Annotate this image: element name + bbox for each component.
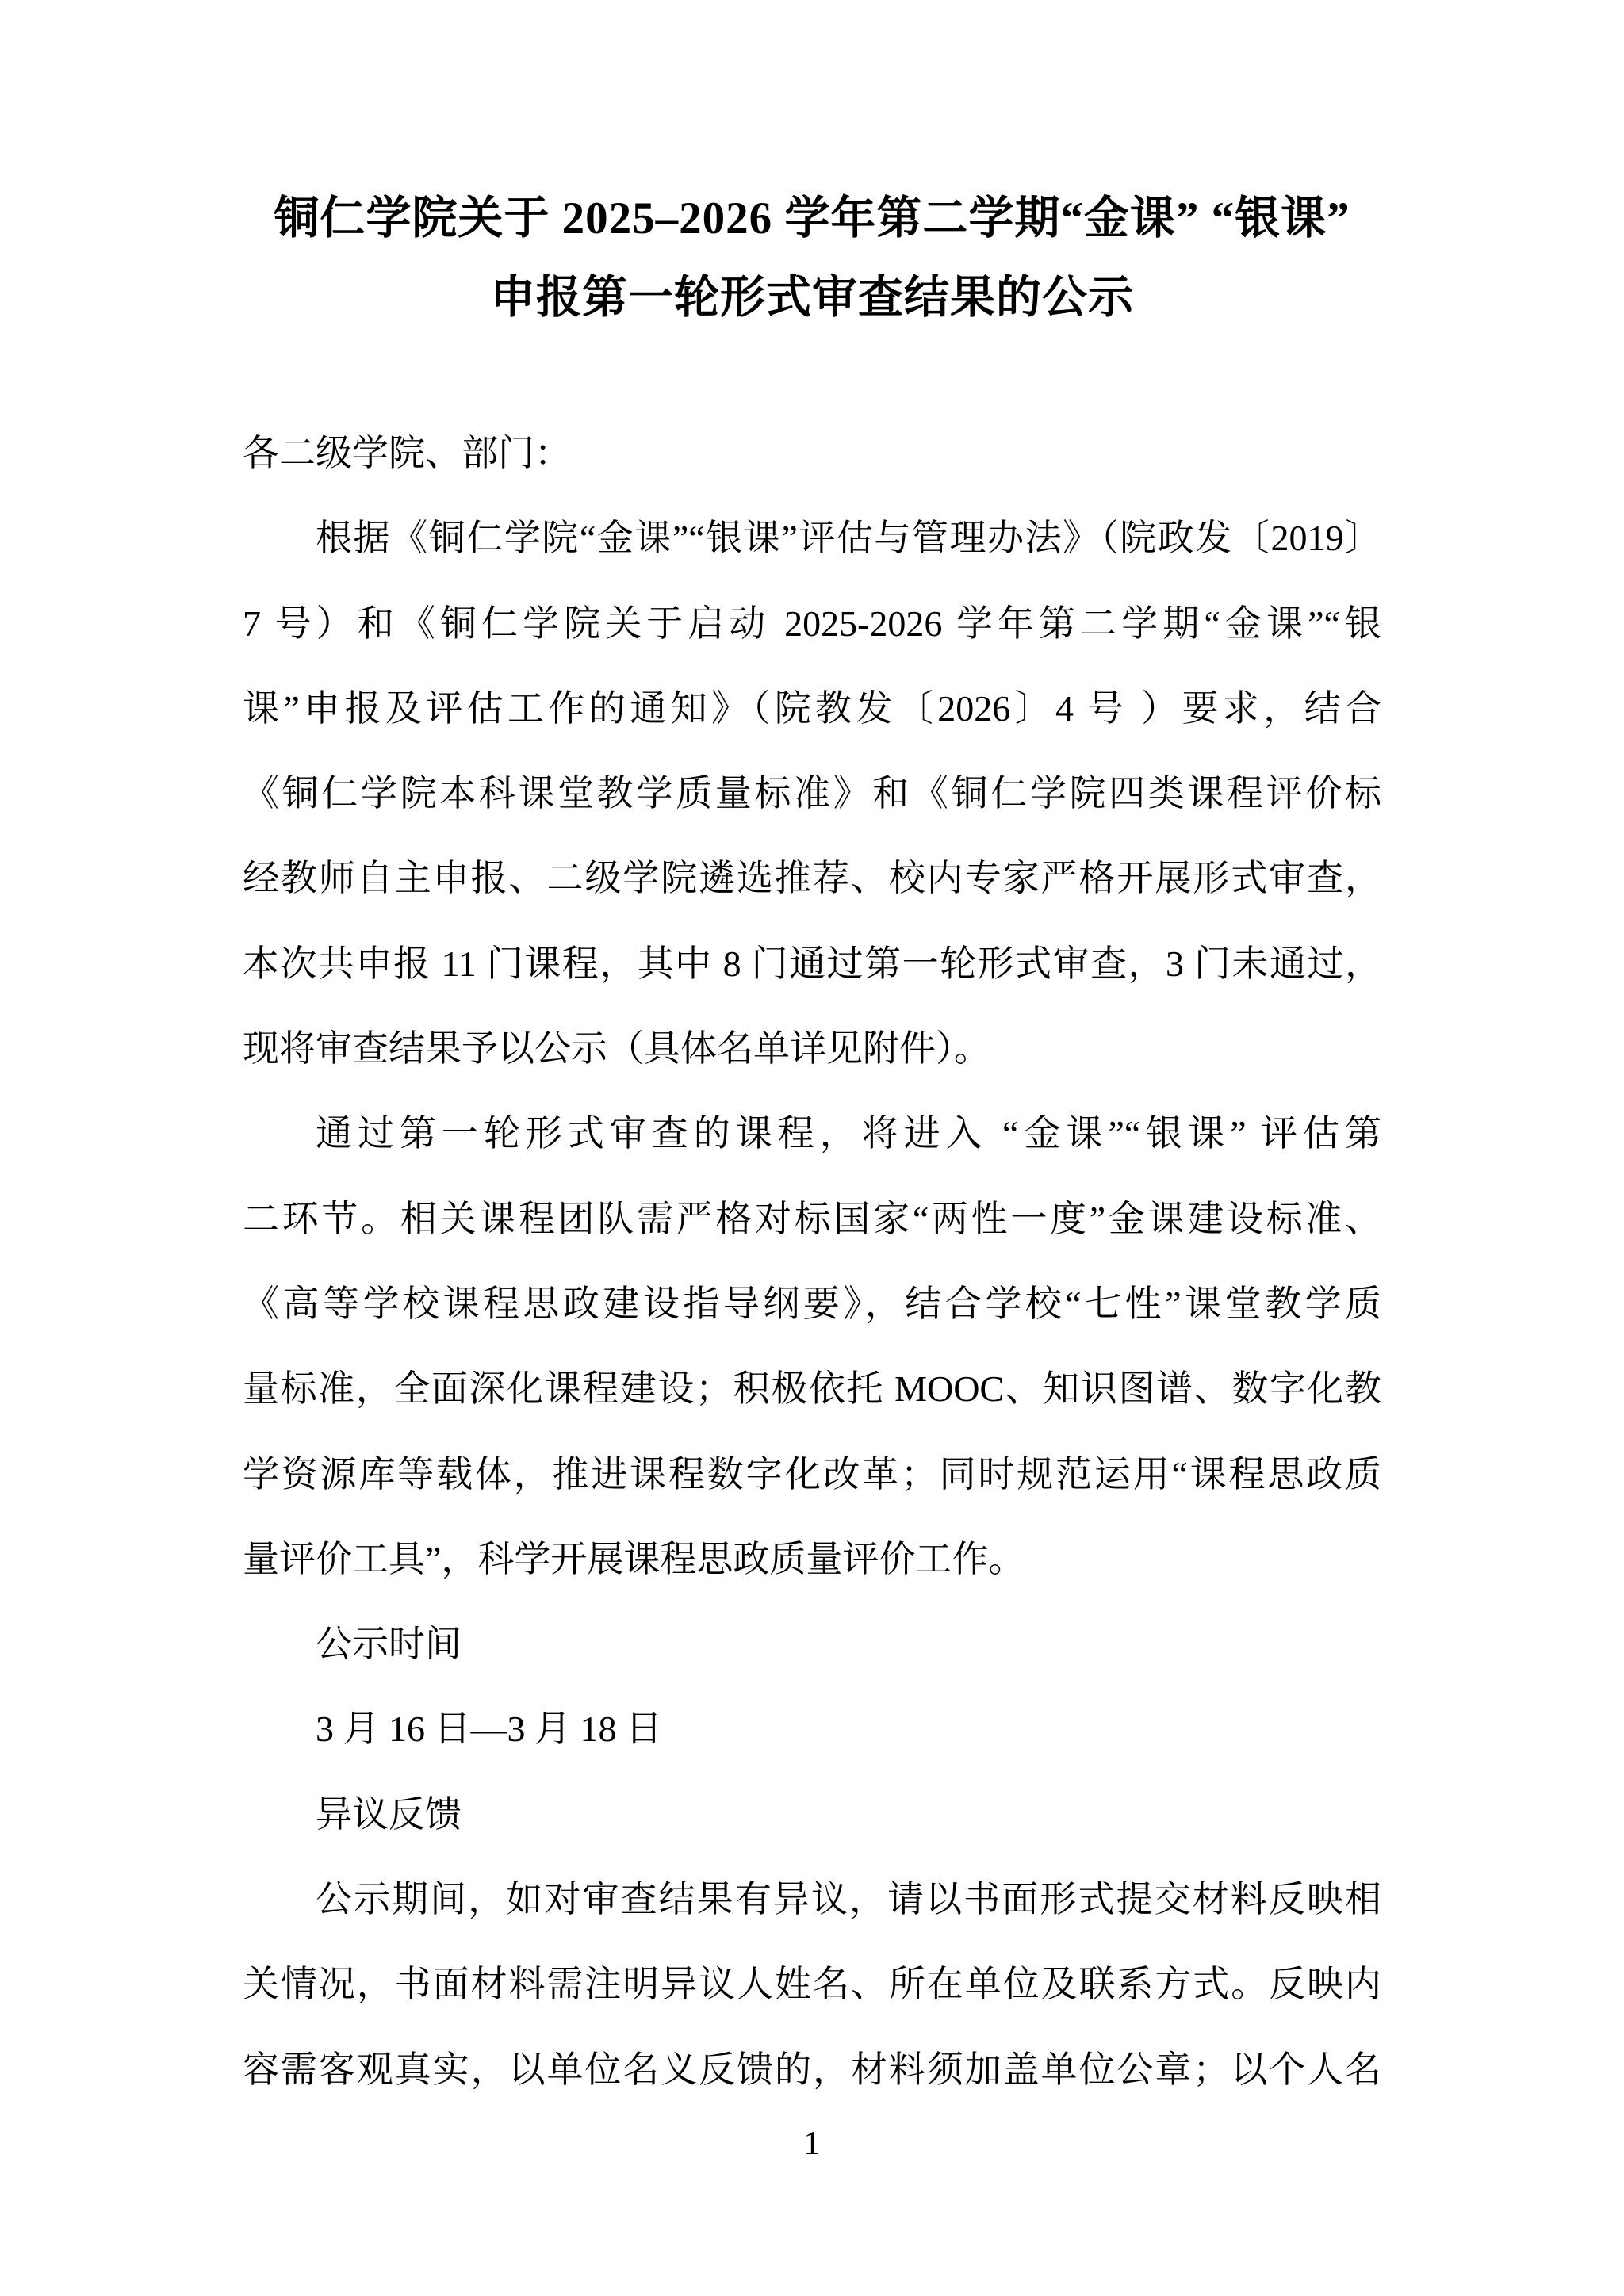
document-title-line2: 申报第一轮形式审查结果的公示 [0, 258, 1624, 338]
notice-period-dates: 3 月 16 日—3 月 18 日 [243, 1686, 1381, 1771]
body-line: 课”申报及评估工作的通知》（院教发〔2026〕4 号 ）要求，结合 [243, 666, 1381, 751]
body-line: 本次共申报 11 门课程，其中 8 门通过第一轮形式审查，3 门未通过， [243, 921, 1381, 1006]
body-line: 《高等学校课程思政建设指导纲要》，结合学校“七性”课堂教学质 [243, 1261, 1381, 1346]
body-line: 容需客观真实，以单位名义反馈的，材料须加盖单位公章；以个人名 [243, 2027, 1381, 2112]
body-line: 7 号）和《铜仁学院关于启动 2025-2026 学年第二学期“金课”“银 [243, 581, 1381, 666]
body-line: 《铜仁学院本科课堂教学质量标准》和《铜仁学院四类课程评价标准》， [243, 751, 1381, 836]
document-body: 各二级学院、部门： 根据《铜仁学院“金课”“银课”评估与管理办法》（院政发〔20… [243, 411, 1381, 2112]
salutation-line: 各二级学院、部门： [243, 411, 1381, 496]
body-line: 学资源库等载体，推进课程数字化改革；同时规范运用“课程思政质 [243, 1432, 1381, 1517]
body-line: 通过第一轮形式审查的课程，将进入 “金课”“银课” 评估第 [243, 1091, 1381, 1176]
body-line: 公示期间，如对审查结果有异议，请以书面形式提交材料反映相 [243, 1857, 1381, 1942]
document-title: 铜仁学院关于 2025–2026 学年第二学期“金课” “银课” 申报第一轮形式… [0, 179, 1624, 338]
notice-period-heading: 公示时间 [243, 1601, 1381, 1686]
body-line: 量标准，全面深化课程建设；积极依托 MOOC、知识图谱、数字化教 [243, 1346, 1381, 1431]
objection-heading: 异议反馈 [243, 1772, 1381, 1857]
body-line: 关情况，书面材料需注明异议人姓名、所在单位及联系方式。反映内 [243, 1942, 1381, 2026]
body-line: 二环节。相关课程团队需严格对标国家“两性一度”金课建设标准、 [243, 1177, 1381, 1261]
body-line: 现将审查结果予以公示（具体名单详见附件）。 [243, 1006, 1381, 1091]
body-line: 经教师自主申报、二级学院遴选推荐、校内专家严格开展形式审查， [243, 836, 1381, 920]
document-title-line1: 铜仁学院关于 2025–2026 学年第二学期“金课” “银课” [0, 179, 1624, 258]
body-line: 根据《铜仁学院“金课”“银课”评估与管理办法》（院政发〔2019〕 [243, 496, 1381, 580]
document-page: 铜仁学院关于 2025–2026 学年第二学期“金课” “银课” 申报第一轮形式… [0, 0, 1624, 2296]
body-line: 量评价工具”，科学开展课程思政质量评价工作。 [243, 1517, 1381, 1601]
page-number: 1 [0, 2126, 1624, 2161]
